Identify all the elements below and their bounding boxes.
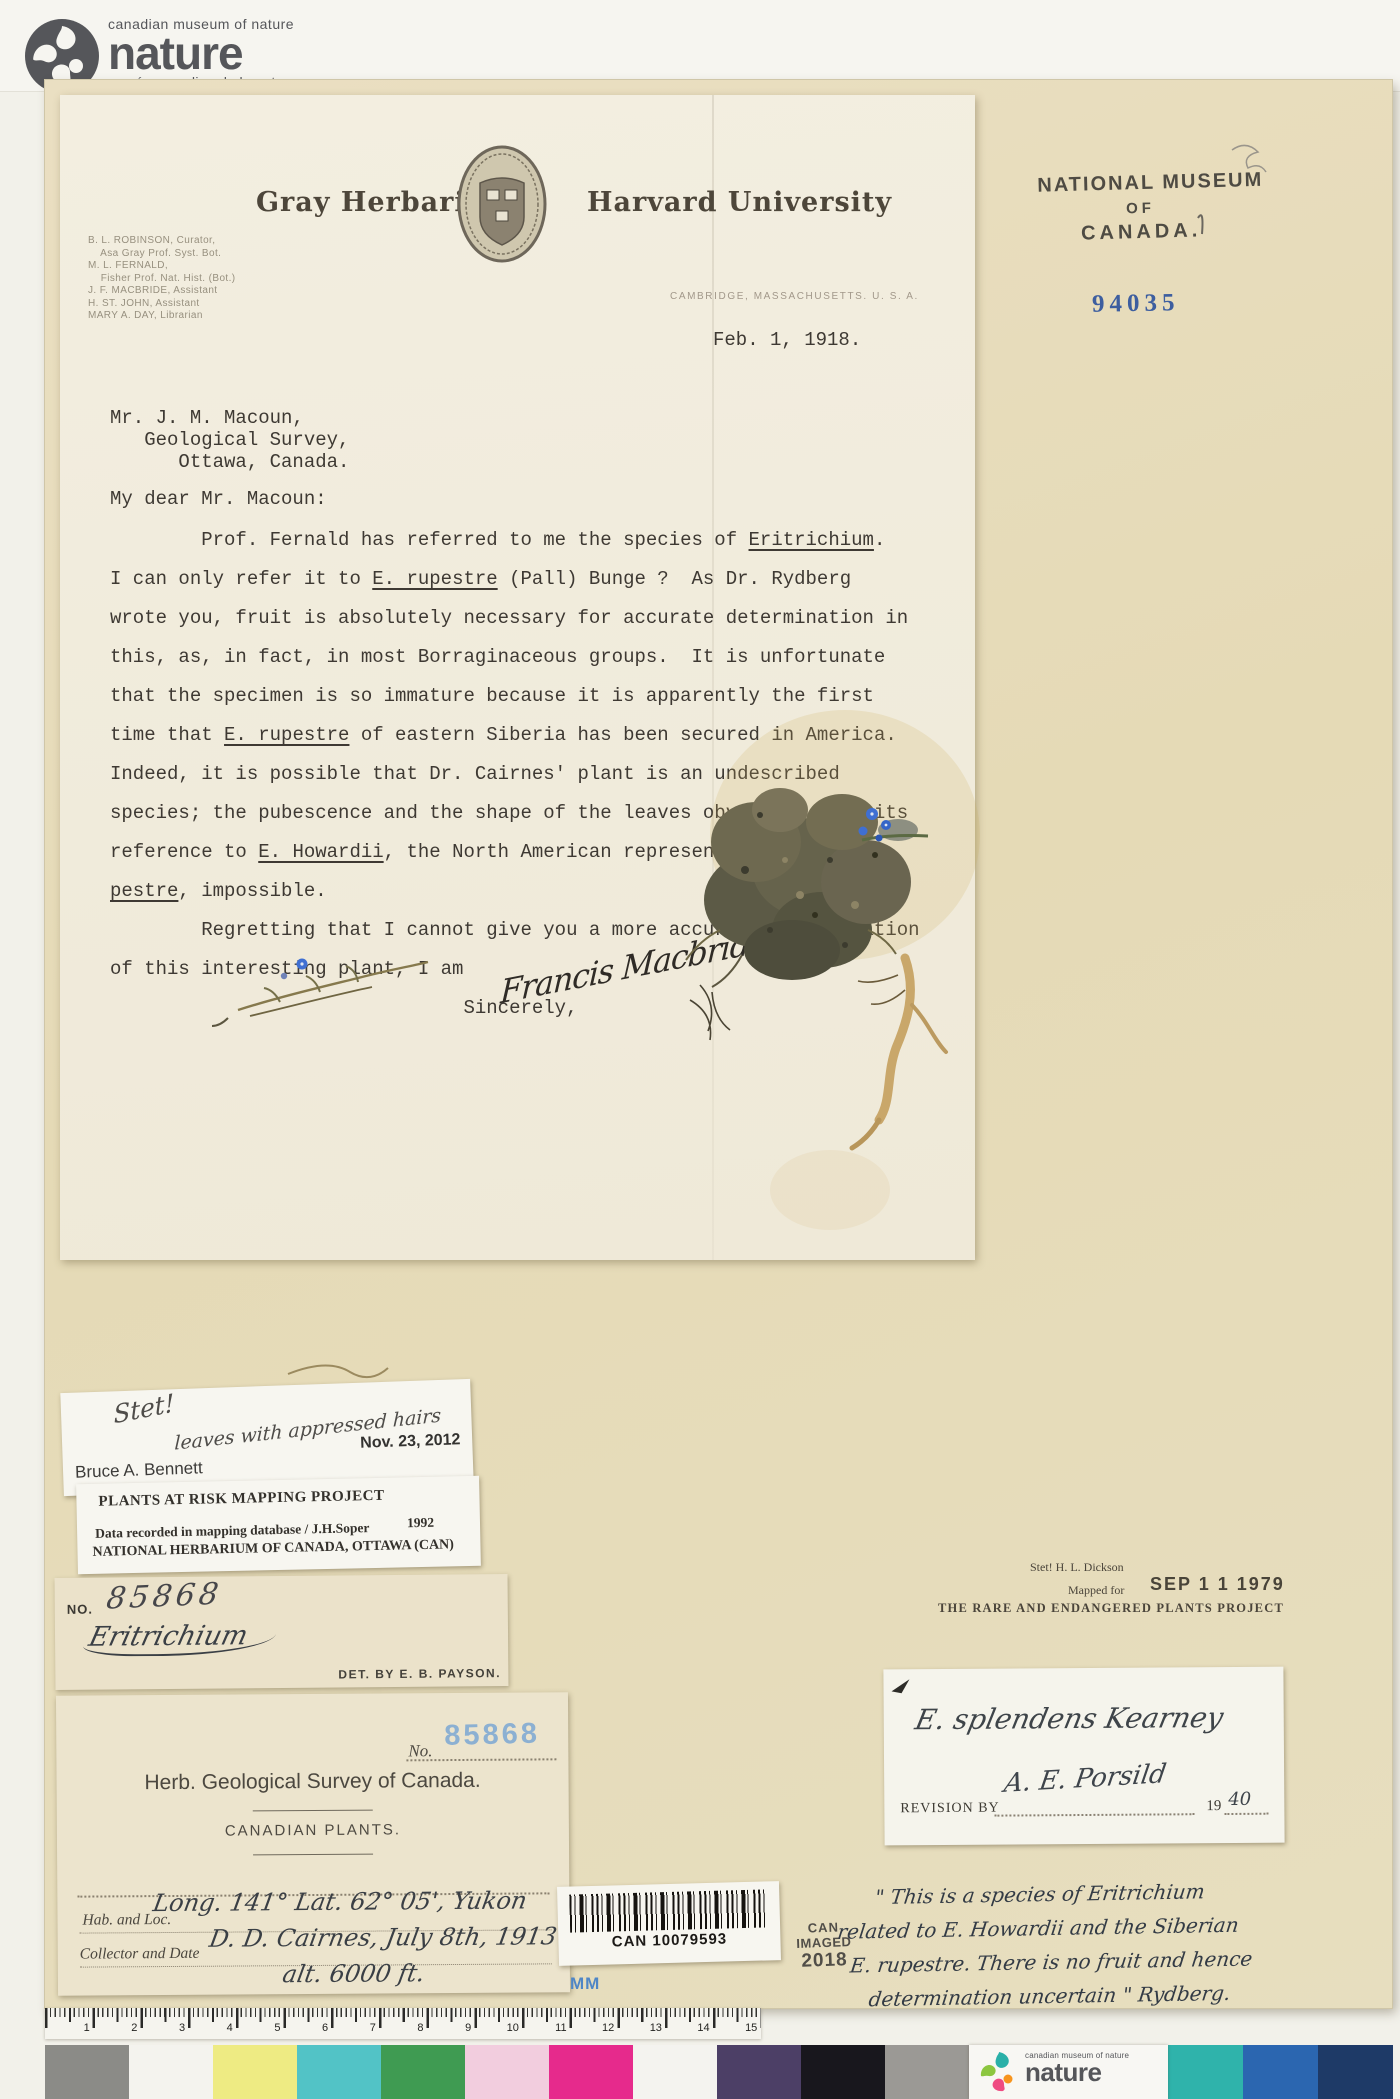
gsc-subtitle: CANADIAN PLANTS. [57, 1820, 569, 1841]
footer-logo-wordmark: nature [1025, 2060, 1129, 2084]
bennett-date: Nov. 23, 2012 [360, 1431, 461, 1452]
accession-number-stamp: 94035 [1092, 289, 1180, 319]
rydberg-quote-handwriting: " This is a species of Eritrichiumrelate… [827, 1871, 1389, 2026]
gsc-altitude-value: alt. 6000 ft. [281, 1959, 427, 1988]
scale-ruler: 123456789101112131415 [45, 2008, 761, 2039]
revision-dots [994, 1795, 1194, 1816]
revision-by-handwriting: A. E. Porsild [1002, 1759, 1168, 1799]
det-number-value: 85868 [104, 1576, 224, 1616]
geological-survey-card: No. 85868 Herb. Geological Survey of Can… [56, 1692, 570, 1996]
barcode-text: CAN 10079593 [558, 1929, 780, 1952]
color-calibration-bar [45, 2045, 969, 2099]
risk-herbarium-line: NATIONAL HERBARIUM OF CANADA, OTTAWA (CA… [92, 1537, 454, 1561]
gsc-title: Herb. Geological Survey of Canada. [56, 1768, 568, 1796]
gsc-rule [253, 1810, 373, 1812]
mm-mark: MM [570, 1974, 600, 1994]
letter-document: B. L. ROBINSON, Curator, Asa Gray Prof. … [60, 95, 975, 1260]
det-number-label: NO. [67, 1602, 93, 1617]
barcode-label: CAN 10079593 [557, 1881, 781, 1966]
gsc-rule [253, 1854, 373, 1856]
determination-card: NO. 85868 Eritrichium DET. BY E. B. PAYS… [55, 1574, 509, 1690]
letterhead-location: CAMBRIDGE, MASSACHUSETTS. U. S. A. [670, 291, 919, 302]
risk-database-line: Data recorded in mapping database / J.H.… [95, 1520, 370, 1542]
harvard-seal [456, 143, 548, 265]
national-museum-stamp: NATIONAL MUSEUM OF CANADA. [1037, 169, 1244, 246]
footer-swirl-icon [977, 2050, 1021, 2094]
museum-logo-wordmark: nature [108, 32, 297, 74]
letter-salutation: My dear Mr. Macoun: [110, 488, 327, 510]
revision-by-label: REVISION BY [900, 1801, 999, 1818]
ruler-numbers: 123456789101112131415 [45, 2022, 761, 2034]
det-by-line: DET. BY E. B. PAYSON. [338, 1666, 501, 1681]
herbarium-scan: canadian museum of nature nature musée c… [0, 0, 1400, 2099]
letterhead-staff-list: B. L. ROBINSON, Curator, Asa Gray Prof. … [88, 235, 236, 323]
bennett-name: Bruce A. Bennett [75, 1458, 203, 1482]
gsc-habitat-value: Long. 141° Lat. 62° 05', Yukon [151, 1886, 529, 1917]
plants-at-risk-label: PLANTS AT RISK MAPPING PROJECT Data reco… [76, 1476, 481, 1574]
mapped-for-label: Mapped for [1068, 1583, 1124, 1598]
corner-mark-icon [889, 1675, 915, 1697]
barcode-icon [569, 1889, 766, 1932]
letter-date: Feb. 1, 1918. [713, 329, 861, 351]
risk-title: PLANTS AT RISK MAPPING PROJECT [98, 1488, 384, 1511]
gsc-collector-value: D. D. Cairnes, July 8th, 1913 [207, 1922, 559, 1952]
letterhead-university: Harvard University [587, 187, 892, 218]
letter-body: Prof. Fernald has referred to me the spe… [110, 521, 920, 1028]
color-calibration-bar-right [1168, 2045, 1393, 2099]
det-genus-handwriting: Eritrichium [81, 1620, 279, 1657]
bennett-stet-note: Stet! [113, 1388, 175, 1429]
revision-label: E. splendens Kearney REVISION BY A. E. P… [883, 1667, 1284, 1846]
mapped-stet-note: Stet! H. L. Dickson [1030, 1560, 1124, 1575]
risk-year: 1992 [407, 1515, 434, 1532]
rare-plants-project-line: THE RARE AND ENDANGERED PLANTS PROJECT [938, 1601, 1284, 1616]
mapped-date-stamp: SEP 1 1 1979 [1150, 1574, 1285, 1595]
footer-logo-card: canadian museum of nature nature [969, 2045, 1168, 2099]
gsc-number-stamp: 85868 [444, 1718, 540, 1753]
revision-year-prefix: 19 [1206, 1798, 1221, 1815]
revision-year-handwriting: 40 [1228, 1789, 1251, 1810]
revision-species-handwriting: E. splendens Kearney [912, 1701, 1226, 1736]
gsc-number-label: No. [408, 1741, 432, 1761]
gsc-collector-label: Collector and Date [80, 1945, 200, 1964]
letter-address: Mr. J. M. Macoun, Geological Survey, Ott… [110, 407, 349, 473]
